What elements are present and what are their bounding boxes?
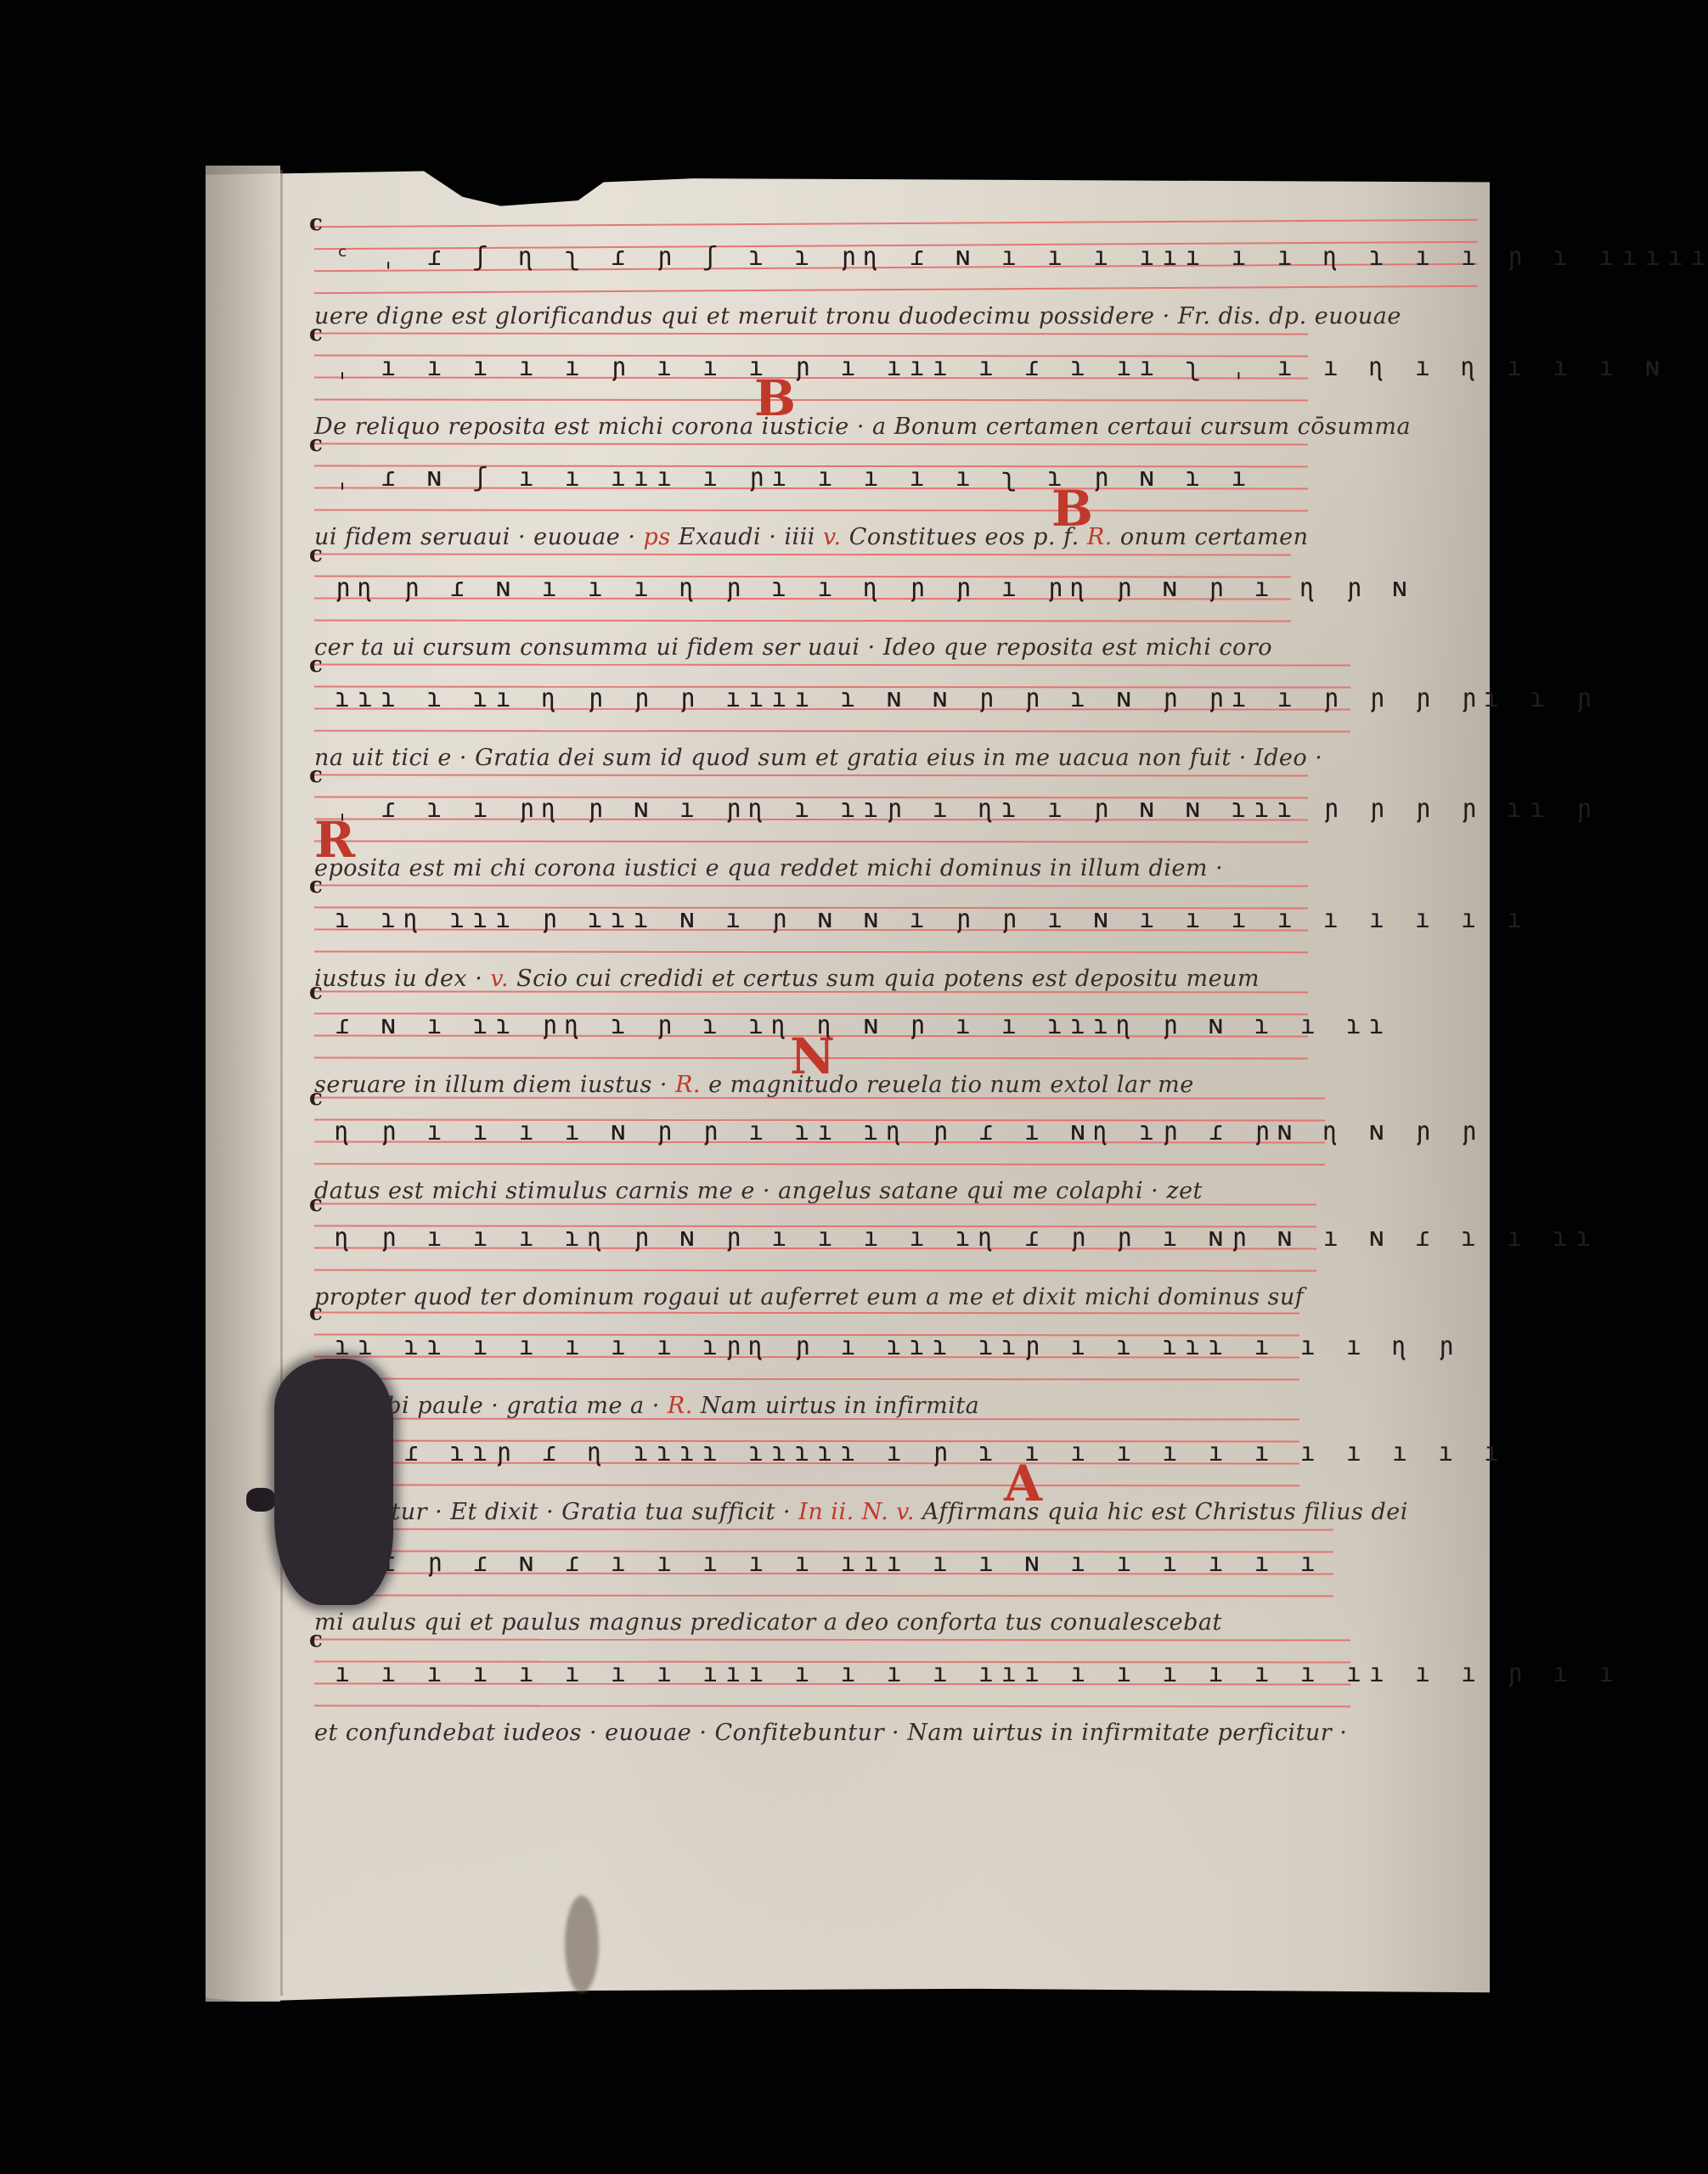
neume-notation: ˌ ɾ ɴ ʃ ı ı ııı ı ɲı ı ı ı ı ʅ ɿ ɲ ɴ ɿ ı [335, 447, 1254, 510]
staff-line [314, 442, 1308, 445]
neume-notation: ᶜ ˌ ɾ ʃ ɳ ʅ ɾ ɲ ʃ ɿ ɿ ɲɳ ɾ ɴ ı ı ı ııı ı… [335, 226, 1708, 289]
lyric-text-line: datus est michi stimulus carnis me e · a… [314, 1178, 1203, 1204]
lyric-text: propter quod ter dominum rogaui ut aufer… [314, 1284, 1304, 1310]
text-segment: Affirmans quia hic est Christus filius d… [915, 1499, 1408, 1525]
c-clef-icon: c [309, 652, 323, 678]
neume-notation: ɿ ɿɳ ɿɿɿ ɲ ɿɿɿ ɴ ı ɲ ɴ ɴ ı ɲ ɲ ı ɴ ı ı ı… [335, 888, 1530, 951]
c-clef-icon: c [309, 1085, 323, 1111]
rubricated-initial: B [754, 369, 797, 427]
staff-line [314, 1202, 1316, 1205]
staff-line [314, 553, 1291, 555]
text-segment: na uit tici e · Gratia dei sum id quod s… [314, 745, 1322, 771]
text-segment: ui fidem seruaui · euouae · [314, 524, 644, 550]
lyric-text-line: Nseruare in illum diem iustus · R. e mag… [314, 1072, 1194, 1098]
four-line-staff: cɿɿ ɿɿ ı ı ı ı ı ɿɲɳ ɲ ı ɿɿɿ ɿɿɲ ı ɿ ɿɿɿ… [314, 1312, 1299, 1378]
text-segment: mi aulus qui et paulus magnus predicator… [314, 1609, 1222, 1636]
four-line-staff: cɲɳ ɲ ɾ ɴ ı ı ı ɳ ɲ ɿ ı ɳ ɲ ɲ ı ɲɳ ɲ ɴ ɲ… [314, 554, 1291, 620]
ink-blot-tab [246, 1488, 275, 1512]
lyric-text-line: Bui fidem seruaui · euouae · ps Exaudi ·… [314, 524, 1308, 550]
lyric-text: De reliquo reposita est michi corona ius… [314, 414, 1411, 440]
c-clef-icon: c [309, 1300, 323, 1326]
lyric-text-line: propter quod ter dominum rogaui ut aufer… [314, 1284, 1304, 1310]
lyric-text: cer ta ui cursum consumma ui fidem ser u… [314, 634, 1272, 661]
text-segment: et confundebat iudeos · euouae · Confite… [314, 1720, 1347, 1746]
binding-fold [206, 166, 280, 2002]
text-segment: eposita est mi chi corona iustici e qua … [314, 855, 1223, 881]
music-system: cɿɿ ɾ ɿɿɲ ɾ ɳ ɿɿɿɿ ɿɿɿɿɿ ı ɲ ɿ ı ı ı ı ı… [314, 1418, 1299, 1484]
text-segment: De reliquo reposita est michi corona ius… [314, 414, 1411, 440]
neume-notation: ʃ ɾ ɲ ɾ ɴ ɾ ı ı ı ı ı ııı ı ı ɴ ı ı ı ı … [335, 1532, 1323, 1595]
text-segment: iustus iu dex · [314, 966, 490, 992]
lyric-text-line: BDe reliquo reposita est michi corona iu… [314, 414, 1411, 440]
text-segment: Scio cui credidi et certus sum quia pote… [516, 966, 1260, 992]
lyric-text: iustus iu dex · v. Scio cui credidi et c… [314, 966, 1260, 992]
text-segment: datus est michi stimulus carnis me e · a… [314, 1178, 1203, 1204]
c-clef-icon: c [309, 211, 323, 236]
lyric-text-line: uere digne est glorificandus qui et meru… [314, 303, 1401, 329]
lyric-text: datus est michi stimulus carnis me e · a… [314, 1178, 1203, 1204]
four-line-staff: cɳ ɲ ı ı ı ı ɴ ɲ ɲ ı ɿı ɿɳ ɲ ɾ ı ɴɳ ɿɲ ɾ… [314, 1097, 1325, 1163]
staff-line [314, 1311, 1299, 1314]
music-system: cɿɿ ɿɿ ı ı ı ı ı ɿɲɳ ɲ ı ɿɿɿ ɿɿɲ ı ɿ ɿɿɿ… [314, 1312, 1299, 1378]
lyric-text-line: iustus iu dex · v. Scio cui credidi et c… [314, 966, 1260, 992]
neume-notation: ɿɿɿ ɿ ɿı ɳ ɲ ɲ ɲ ıııı ɿ ɴ ɴ ɲ ɲ ɿ ɴ ɲ ɲı… [335, 667, 1598, 730]
staff-line [314, 663, 1350, 666]
four-line-staff: cı ı ı ı ı ı ı ı ııı ı ı ı ı ııı ı ı ı ı… [314, 1639, 1350, 1705]
four-line-staff: cɿɿ ɾ ɿɿɲ ɾ ɳ ɿɿɿɿ ɿɿɿɿɿ ı ɲ ɿ ı ı ı ı ı… [314, 1418, 1299, 1484]
lyric-text: ui fidem seruaui · euouae · ps Exaudi · … [314, 524, 1308, 550]
music-system: cʃ ɾ ɲ ɾ ɴ ɾ ı ı ı ı ı ııı ı ı ɴ ı ı ı ı… [314, 1529, 1333, 1595]
ink-blot [274, 1359, 393, 1605]
music-system: cɲɳ ɲ ɾ ɴ ı ı ı ɳ ɲ ɿ ı ɳ ɲ ɲ ı ɲɳ ɲ ɴ ɲ… [314, 554, 1291, 620]
lyric-text: eposita est mi chi corona iustici e qua … [314, 855, 1223, 881]
c-clef-icon: c [309, 542, 323, 567]
four-line-staff: cɳ ɲ ı ı ı ɿɳ ɲ ɴ ɲ ı ı ı ı ɿɳ ɾ ɲ ɲ ı ɴ… [314, 1203, 1316, 1270]
lyric-text: et confundebat iudeos · euouae · Confite… [314, 1720, 1347, 1746]
c-clef-icon: c [309, 873, 323, 898]
rubric-text: v. [490, 966, 516, 992]
staff-line [314, 1096, 1325, 1099]
c-clef-icon: c [309, 763, 323, 788]
staff-line [314, 990, 1308, 993]
four-line-staff: cˌ ı ı ı ı ı ɲ ı ı ı ɲ ı ııı ı ɾ ɿ ıı ʅ … [314, 333, 1308, 399]
music-system: cᶜ ˌ ɾ ʃ ɳ ʅ ɾ ɲ ʃ ɿ ɿ ɲɳ ɾ ɴ ı ı ı ııı … [314, 222, 1478, 289]
text-segment: uere digne est glorificandus qui et meru… [314, 303, 1401, 329]
lyric-text: uere digne est glorificandus qui et meru… [314, 303, 1401, 329]
lyric-text-line: na uit tici e · Gratia dei sum id quod s… [314, 745, 1322, 771]
text-segment: propter quod ter dominum rogaui ut aufer… [314, 1284, 1304, 1310]
four-line-staff: cˌ ɾ ɴ ʃ ı ı ııı ı ɲı ı ı ı ı ʅ ɿ ɲ ɴ ɿ … [314, 443, 1308, 510]
neume-notation: ɳ ɲ ı ı ı ɿɳ ɲ ɴ ɲ ı ı ı ı ɿɳ ɾ ɲ ɲ ı ɴɲ… [335, 1207, 1598, 1270]
water-stain [565, 1895, 599, 1993]
music-system: cı ı ı ı ı ı ı ı ııı ı ı ı ı ııı ı ı ı ı… [314, 1639, 1350, 1705]
text-segment: seruare in illum diem iustus · [314, 1072, 675, 1098]
rubricated-initial: A [1004, 1455, 1043, 1512]
neume-notation: ɾ ɴ ı ɿɿ ɲɳ ɿ ɲ ɿ ɿɳ ɳ ɴ ɲ ı ı ɿɿɿɳ ɲ ɴ … [335, 994, 1392, 1057]
rubric-text: R. [668, 1393, 701, 1419]
lyric-text: ficit tibi paule · gratia me a · R. Nam … [314, 1393, 979, 1419]
fold-crease [280, 170, 283, 1996]
music-system: cɾ ɴ ı ɿɿ ɲɳ ɿ ɲ ɿ ɿɳ ɳ ɴ ɲ ı ı ɿɿɿɳ ɲ ɴ… [314, 991, 1308, 1057]
c-clef-icon: c [309, 1191, 323, 1217]
four-line-staff: cᶜ ˌ ɾ ʃ ɳ ʅ ɾ ɲ ʃ ɿ ɿ ɲɳ ɾ ɴ ı ı ı ııı … [314, 222, 1478, 289]
neume-notation: ɿɿ ɾ ɿɿɲ ɾ ɳ ɿɿɿɿ ɿɿɿɿɿ ı ɲ ɿ ı ı ı ı ı … [335, 1422, 1507, 1484]
neume-notation: ˌ ı ı ı ı ı ɲ ı ı ı ɲ ı ııı ı ɾ ɿ ıı ʅ ˌ… [335, 336, 1668, 399]
four-line-staff: cɿ ɿɳ ɿɿɿ ɲ ɿɿɿ ɴ ı ɲ ɴ ɴ ı ɲ ɲ ı ɴ ı ı … [314, 885, 1308, 951]
staff-line [314, 1417, 1299, 1420]
lyric-text-line: cer ta ui cursum consumma ui fidem ser u… [314, 634, 1272, 661]
music-system: cɳ ɲ ı ı ı ı ɴ ɲ ɲ ı ɿı ɿɳ ɲ ɾ ı ɴɳ ɿɲ ɾ… [314, 1097, 1325, 1163]
rubricated-initial: R [314, 811, 356, 869]
music-system: cˌ ɾ ɿ ı ɲɳ ɲ ɴ ı ɲɳ ɿ ɿɿɲ ı ɳɿ ı ɲ ɴ ɴ … [314, 774, 1308, 841]
staff-line [314, 774, 1308, 776]
lyric-text: na uit tici e · Gratia dei sum id quod s… [314, 745, 1322, 771]
music-system: cˌ ı ı ı ı ı ɲ ı ı ı ɲ ı ııı ı ɾ ɿ ıı ʅ … [314, 333, 1308, 399]
four-line-staff: cʃ ɾ ɲ ɾ ɴ ɾ ı ı ı ı ı ııı ı ı ɴ ı ı ı ı… [314, 1529, 1333, 1595]
rubric-text: R. [675, 1072, 708, 1098]
lyric-text-line: mi aulus qui et paulus magnus predicator… [314, 1609, 1222, 1636]
text-segment: e magnitudo reuela tio num extol lar me [708, 1072, 1194, 1098]
music-system: cɿ ɿɳ ɿɿɿ ɲ ɿɿɿ ɴ ı ɲ ɴ ɴ ı ɲ ɲ ı ɴ ı ı … [314, 885, 1308, 951]
music-system: cˌ ɾ ɴ ʃ ı ı ııı ı ɲı ı ı ı ı ʅ ɿ ɲ ɴ ɿ … [314, 443, 1308, 510]
neume-notation: ɿɿ ɿɿ ı ı ı ı ı ɿɲɳ ɲ ı ɿɿɿ ɿɿɲ ı ɿ ɿɿɿ … [335, 1315, 1461, 1378]
text-segment: onum certamen [1120, 524, 1309, 550]
lyric-text: mi aulus qui et paulus magnus predicator… [314, 1609, 1222, 1636]
text-segment: Nam uirtus in infirmita [701, 1393, 979, 1419]
four-line-staff: cɿɿɿ ɿ ɿı ɳ ɲ ɲ ɲ ıııı ɿ ɴ ɴ ɲ ɲ ɿ ɴ ɲ ɲ… [314, 664, 1350, 730]
rubric-text: In ii. N. v. [798, 1499, 915, 1525]
lyric-text-line: Ate fici tur · Et dixit · Gratia tua suf… [314, 1499, 1408, 1525]
lyric-text-line: et confundebat iudeos · euouae · Confite… [314, 1720, 1347, 1746]
c-clef-icon: c [309, 321, 323, 346]
c-clef-icon: c [309, 431, 323, 457]
text-segment: cer ta ui cursum consumma ui fidem ser u… [314, 634, 1272, 661]
neume-notation: ɲɳ ɲ ɾ ɴ ı ı ı ɳ ɲ ɿ ı ɳ ɲ ɲ ı ɲɳ ɲ ɴ ɲ … [335, 557, 1415, 620]
rubric-text: ps [644, 524, 679, 550]
staff-line [314, 332, 1308, 335]
text-segment: Exaudi · iiii [679, 524, 823, 550]
neume-notation: ɳ ɲ ı ı ı ı ɴ ɲ ɲ ı ɿı ɿɳ ɲ ɾ ı ɴɳ ɿɲ ɾ … [335, 1101, 1484, 1163]
c-clef-icon: c [309, 1627, 323, 1653]
rubric-text: v. [823, 524, 849, 550]
staff-line [314, 1528, 1333, 1530]
lyric-text-line: Reposita est mi chi corona iustici e qua… [314, 855, 1223, 881]
rubricated-initial: B [1051, 480, 1094, 538]
lyric-text: te fici tur · Et dixit · Gratia tua suff… [314, 1499, 1408, 1525]
neume-notation: ı ı ı ı ı ı ı ı ııı ı ı ı ı ııı ı ı ı ı … [335, 1642, 1621, 1705]
lyric-text: seruare in illum diem iustus · R. e magn… [314, 1072, 1194, 1098]
neume-notation: ˌ ɾ ɿ ı ɲɳ ɲ ɴ ı ɲɳ ɿ ɿɿɲ ı ɳɿ ı ɲ ɴ ɴ ɿ… [335, 778, 1598, 841]
music-system: cɿɿɿ ɿ ɿı ɳ ɲ ɲ ɲ ıııı ɿ ɴ ɴ ɲ ɲ ɿ ɴ ɲ ɲ… [314, 664, 1350, 730]
music-system: cɳ ɲ ı ı ı ɿɳ ɲ ɴ ɲ ı ı ı ı ɿɳ ɾ ɲ ɲ ı ɴ… [314, 1203, 1316, 1270]
rubricated-initial: N [790, 1028, 836, 1085]
four-line-staff: cˌ ɾ ɿ ı ɲɳ ɲ ɴ ı ɲɳ ɿ ɿɿɲ ı ɳɿ ı ɲ ɴ ɴ … [314, 774, 1308, 841]
c-clef-icon: c [309, 979, 323, 1005]
lyric-text-line: ficit tibi paule · gratia me a · R. Nam … [314, 1393, 979, 1419]
staff-line [314, 884, 1308, 887]
staff-line [314, 1638, 1350, 1641]
